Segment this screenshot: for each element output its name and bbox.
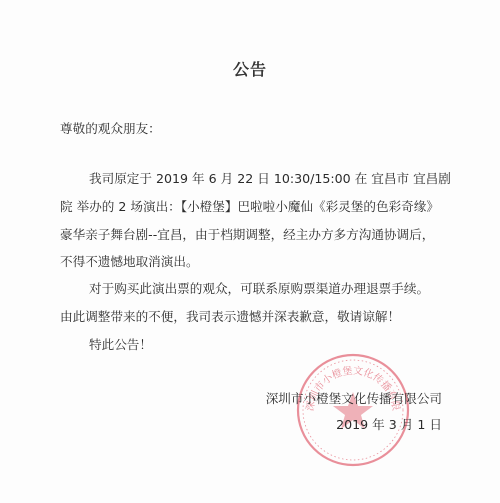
paragraph-line: 由此调整带来的不便，我司表示遗憾并深表歉意，敬请谅解！ [60, 306, 400, 325]
paragraph-line: 豪华亲子舞台剧--宜昌，由于档期调整，经主办方多方沟通协调后， [60, 224, 434, 243]
signature-company: 深圳市小橙堡文化传播有限公司 [266, 388, 442, 407]
notice-document: 公告 尊敬的观众朋友： 我司原定于 2019 年 6 月 22 日 10:30/… [0, 0, 500, 503]
document-title: 公告 [0, 57, 500, 80]
paragraph-line: 不得不遗憾地取消演出。 [60, 251, 199, 270]
paragraph-line: 院 举办的 2 场演出：【小橙堡】巴啦啦小魔仙《彩灵堡的色彩奇缘》 [60, 196, 439, 215]
greeting: 尊敬的观众朋友： [60, 118, 161, 137]
company-seal-stamp: 深圳市小橙堡文化传播有限公司 [295, 352, 411, 468]
signature-date: 2019 年 3 月 1 日 [336, 414, 442, 433]
paragraph-line: 对于购买此演出票的观众，可联系原购票渠道办理退票手续。 [89, 278, 429, 297]
paragraph-line: 我司原定于 2019 年 6 月 22 日 10:30/15:00 在 宜昌市 … [89, 168, 451, 187]
paragraph-line: 特此公告！ [89, 334, 152, 353]
